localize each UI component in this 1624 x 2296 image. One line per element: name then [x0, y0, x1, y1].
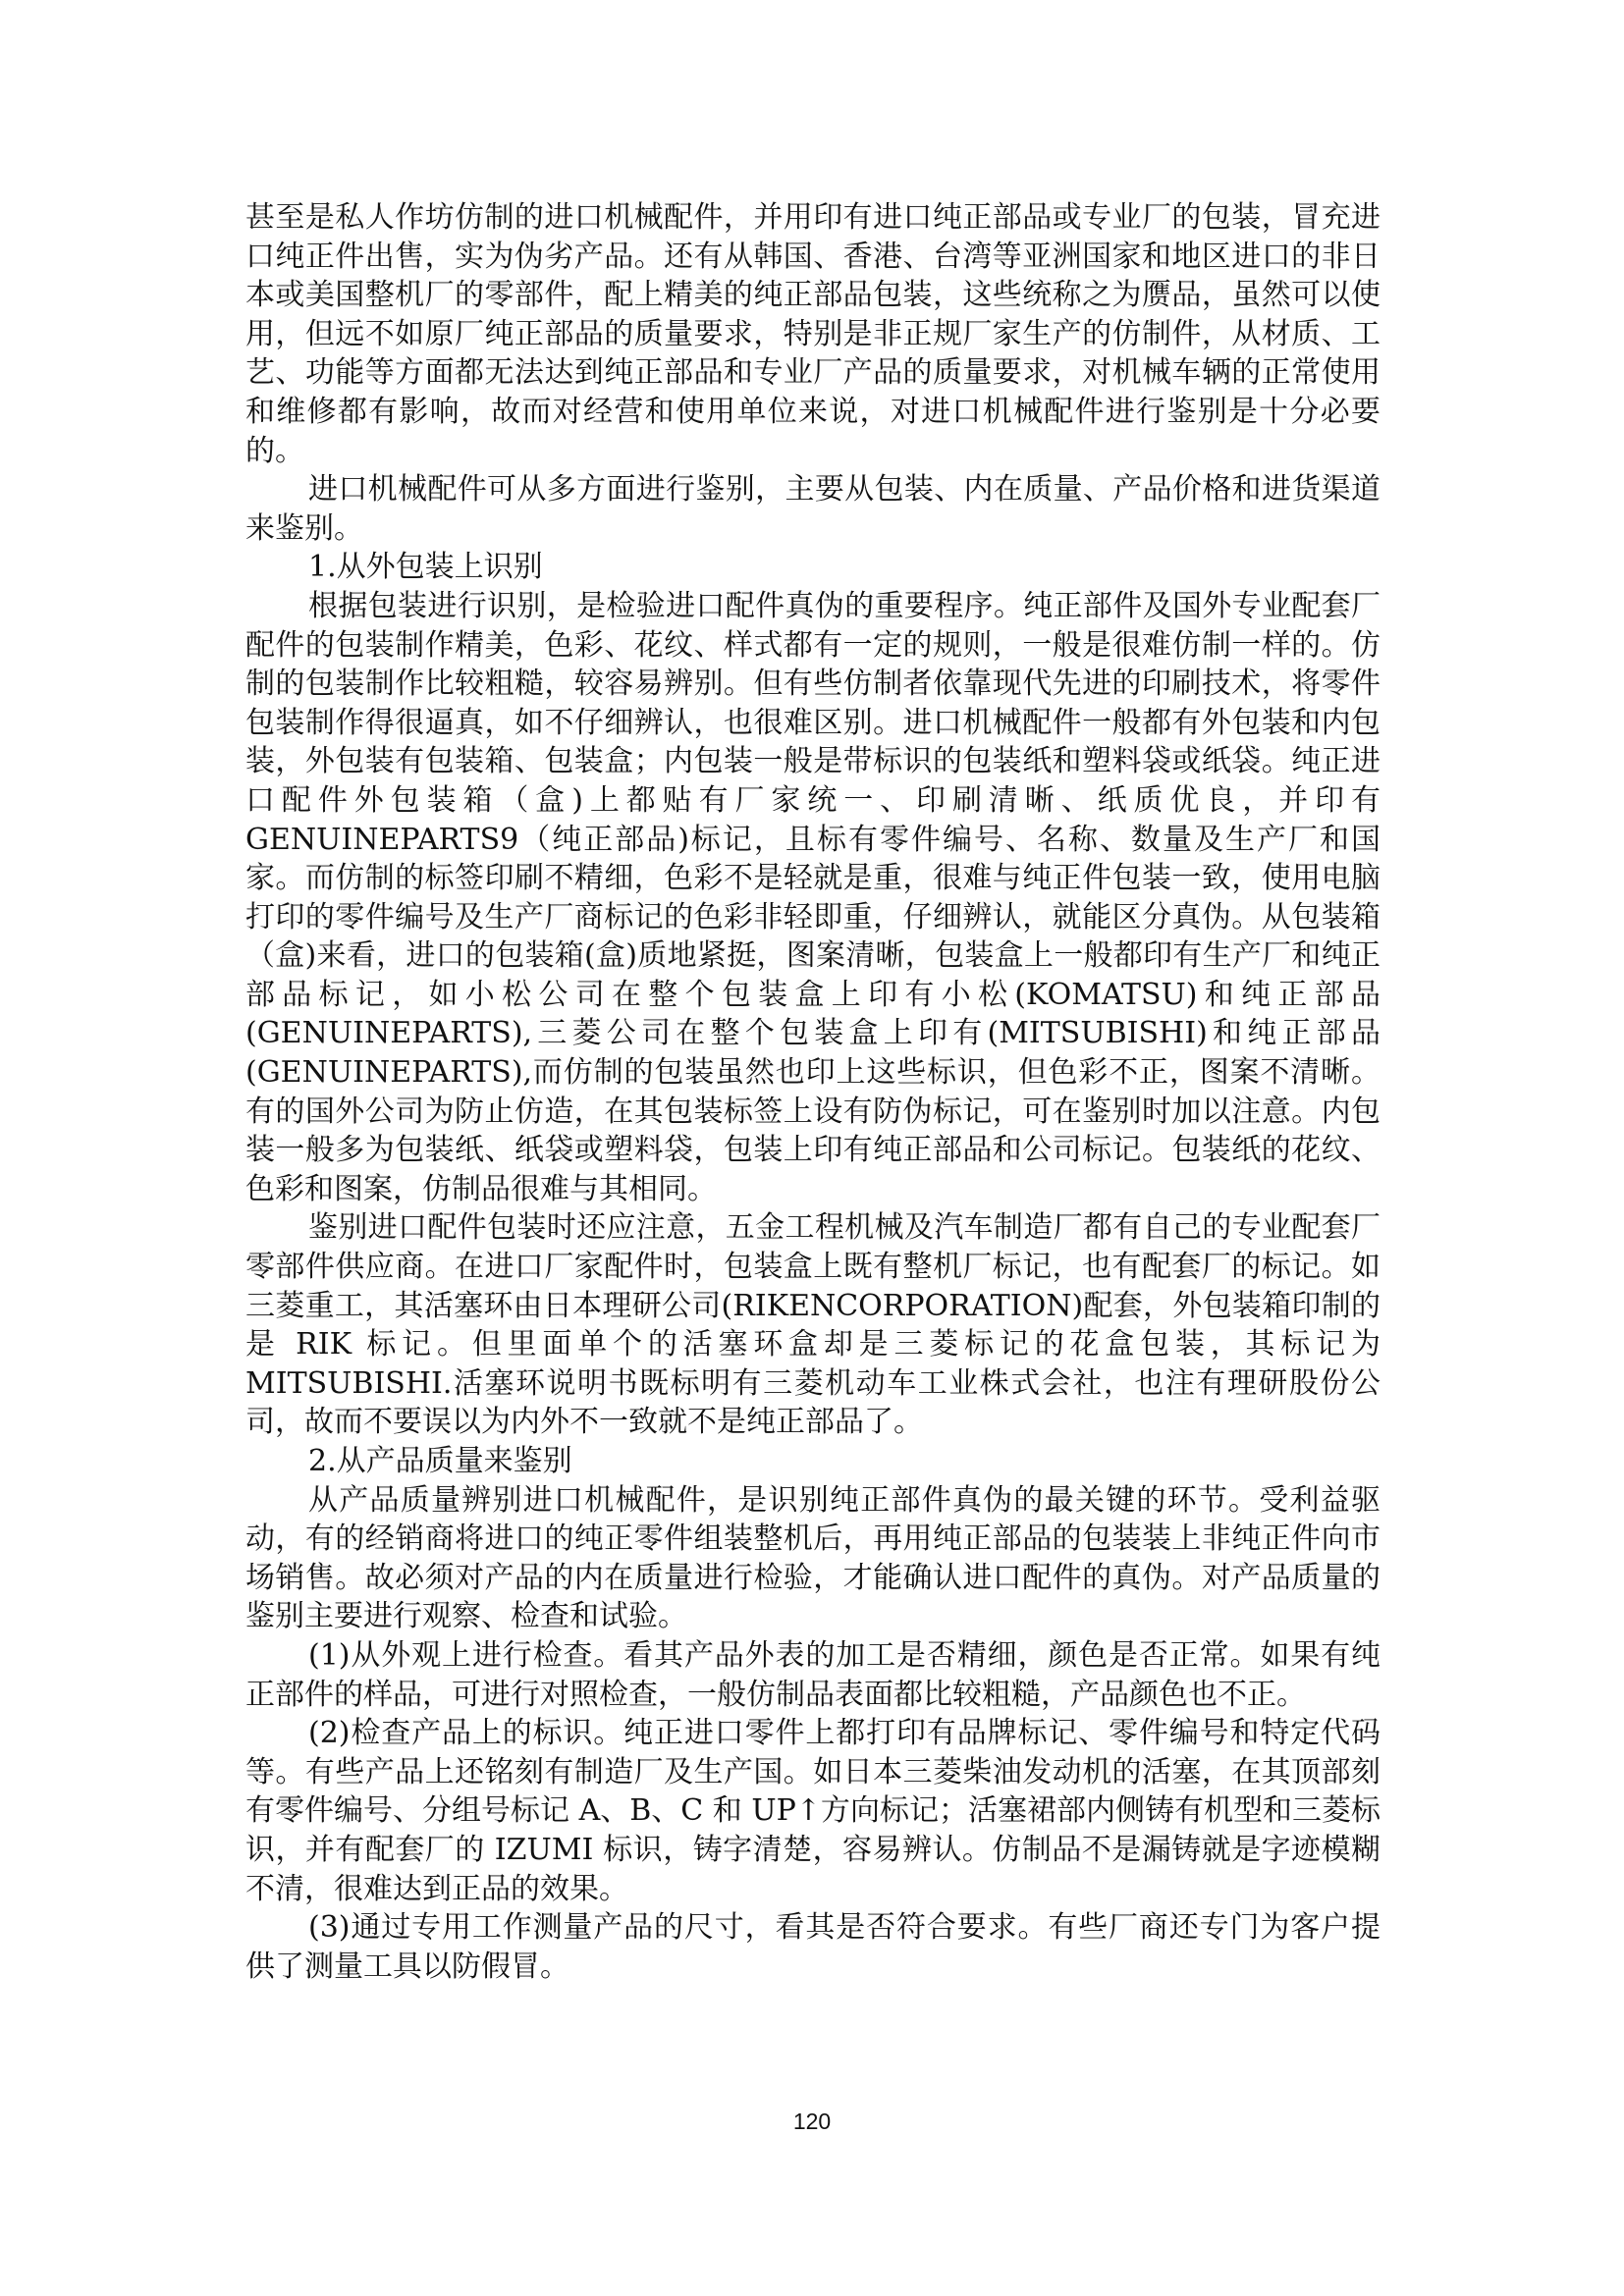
paragraph-identification-overview: 进口机械配件可从多方面进行鉴别，主要从包装、内在质量、产品价格和进货渠道来鉴别。 [245, 470, 1380, 548]
paragraph-continuation: 甚至是私人作坊仿制的进口机械配件，并用印有进口纯正部品或专业厂的包装，冒充进口纯… [245, 198, 1380, 470]
paragraph-packaging-identification: 根据包装进行识别，是检验进口配件真伪的重要程序。纯正部件及国外专业配套厂配件的包… [245, 587, 1380, 1209]
paragraph-appearance-check: (1)从外观上进行检查。看其产品外表的加工是否精细，颜色是否正常。如果有纯正部件… [245, 1636, 1380, 1714]
paragraph-packaging-note: 鉴别进口配件包装时还应注意，五金工程机械及汽车制造厂都有自己的专业配套厂零部件供… [245, 1208, 1380, 1442]
page-number: 120 [0, 2109, 1624, 2135]
paragraph-measurement-check: (3)通过专用工作测量产品的尺寸，看其是否符合要求。有些厂商还专门为客户提供了测… [245, 1908, 1380, 1986]
section-heading-packaging: 1.从外包装上识别 [245, 548, 1380, 587]
paragraph-quality-identification: 从产品质量辨别进口机械配件，是识别纯正部件真伪的最关键的环节。受利益驱动，有的经… [245, 1481, 1380, 1636]
section-heading-quality: 2.从产品质量来鉴别 [245, 1442, 1380, 1481]
document-body: 甚至是私人作坊仿制的进口机械配件，并用印有进口纯正部品或专业厂的包装，冒充进口纯… [245, 198, 1380, 1986]
paragraph-marking-check: (2)检查产品上的标识。纯正进口零件上都打印有品牌标记、零件编号和特定代码等。有… [245, 1714, 1380, 1908]
